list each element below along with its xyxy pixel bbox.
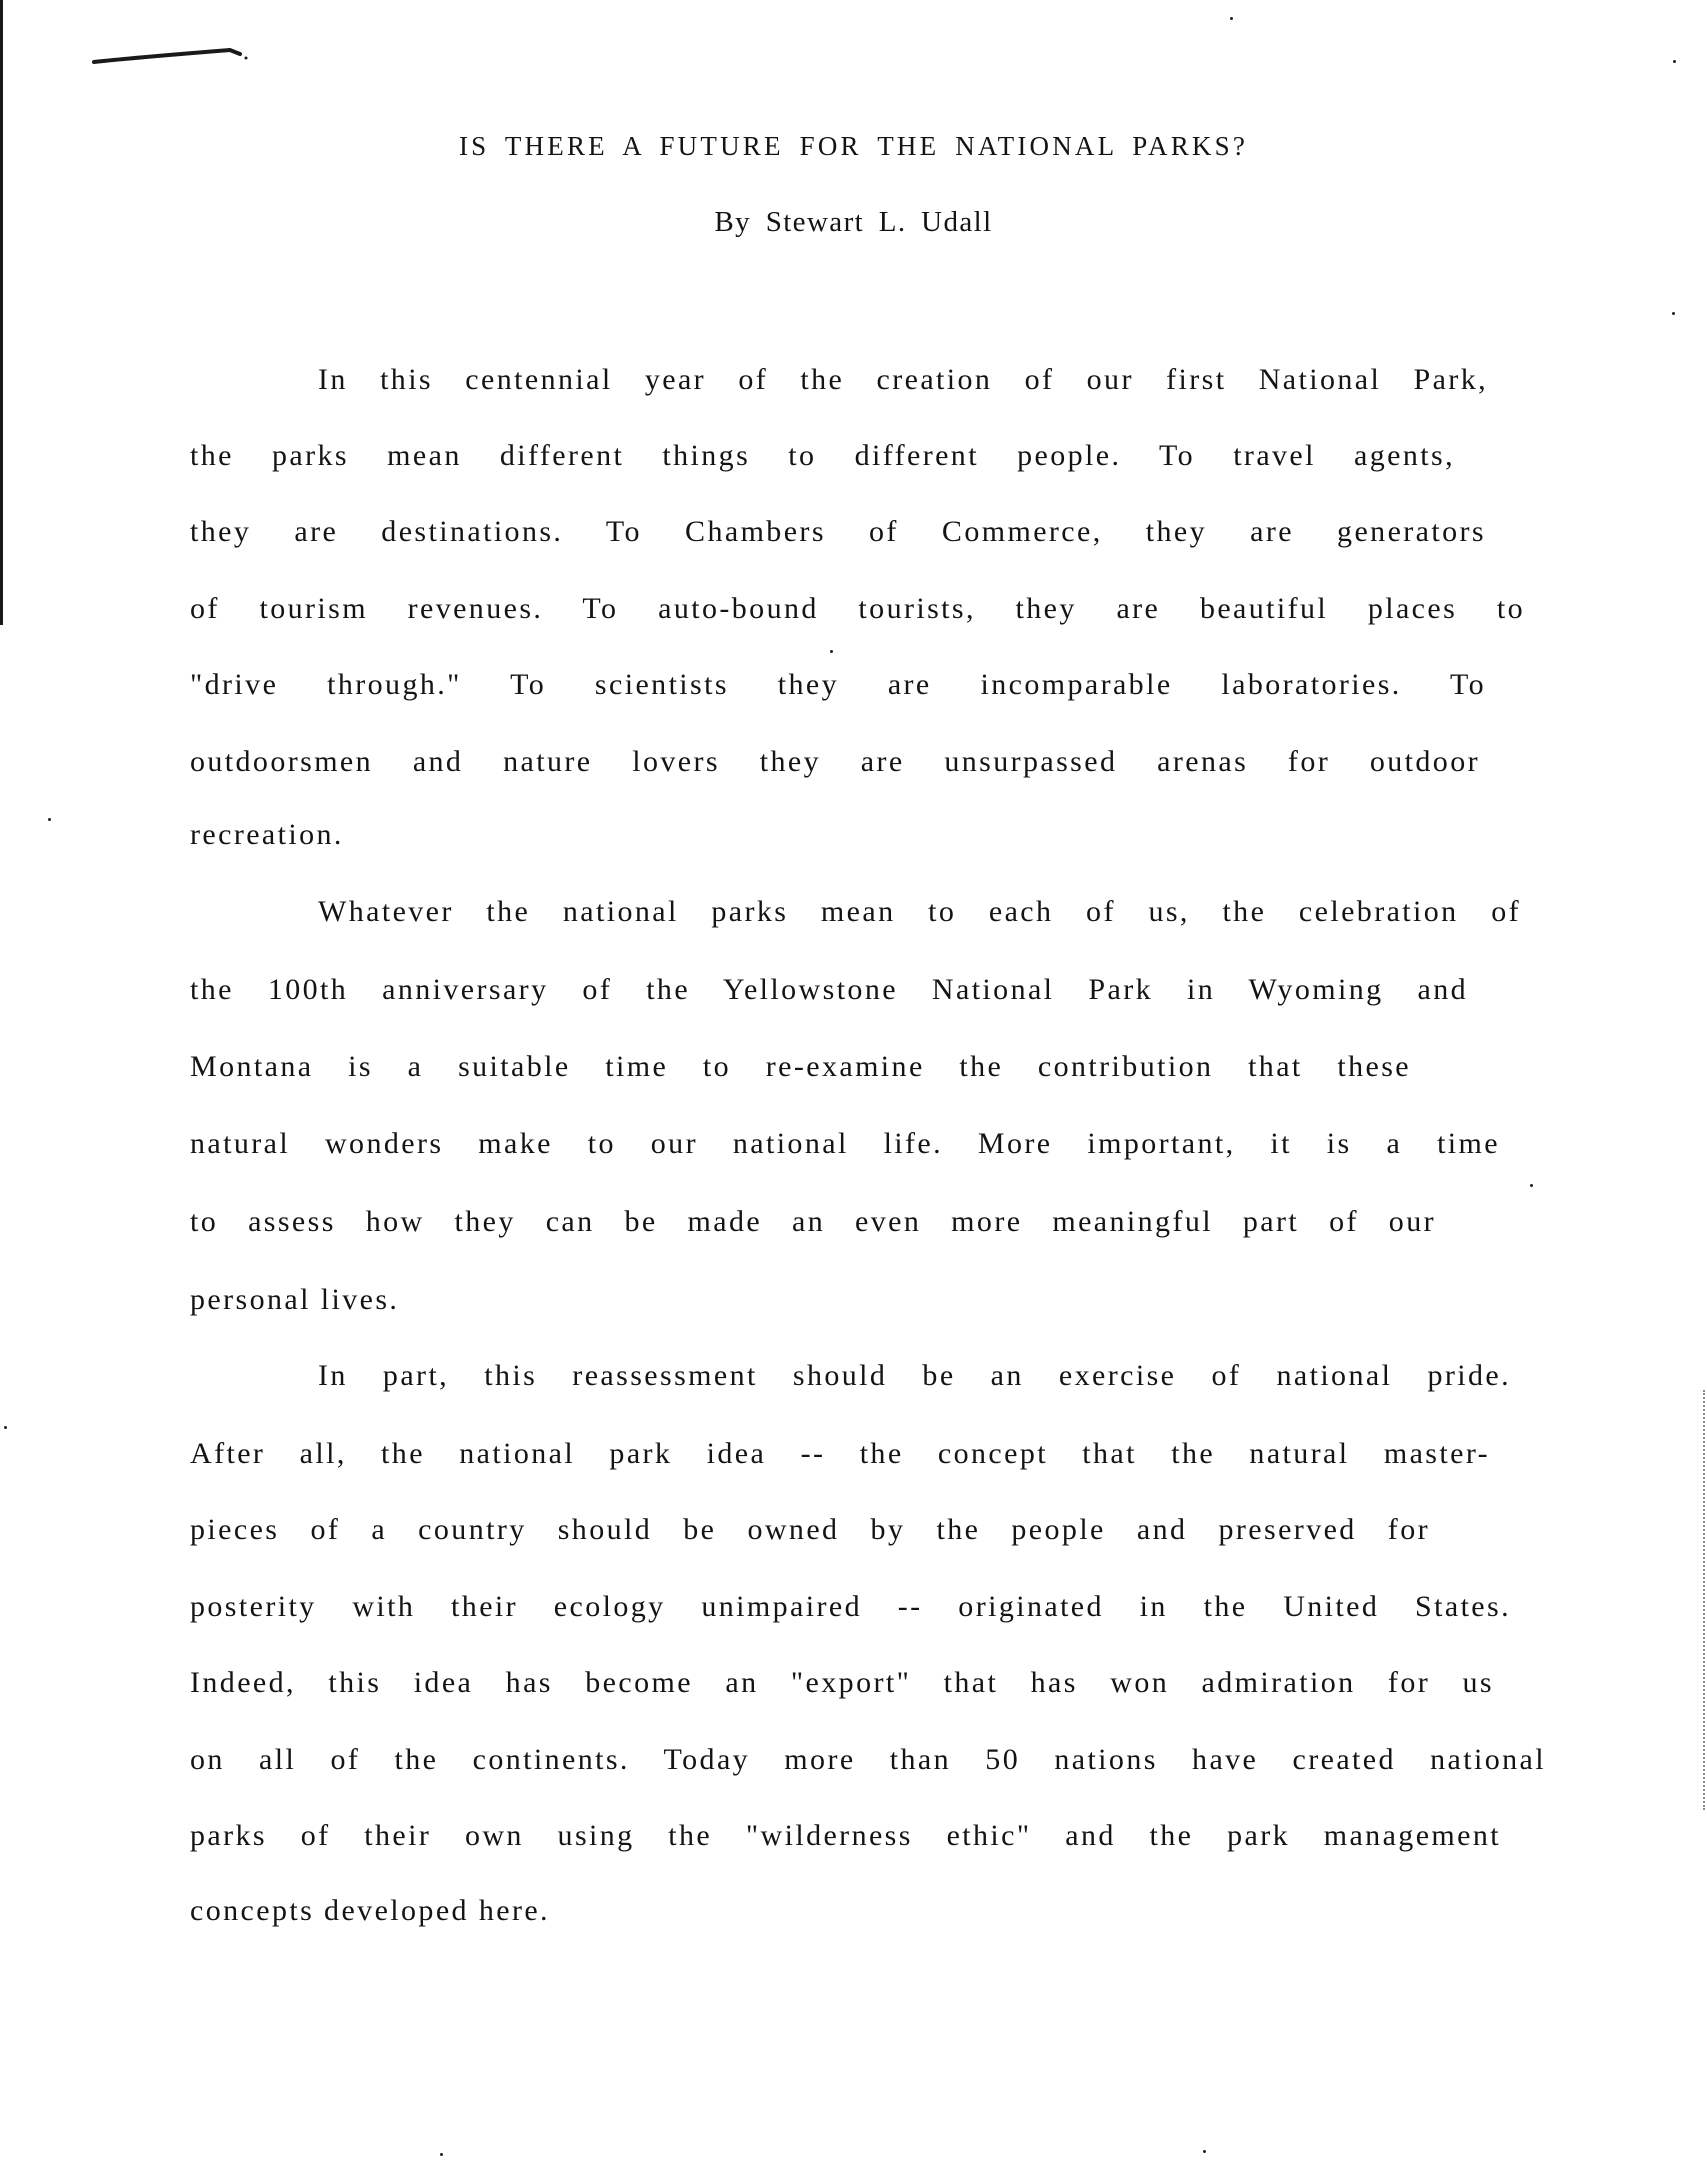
text-line: outdoorsmen and nature lovers they are u… (190, 744, 1480, 780)
scan-speck (4, 1426, 7, 1429)
text-line: posterity with their ecology unimpaired … (190, 1589, 1511, 1625)
scan-speck (1673, 60, 1676, 63)
text-line: the 100th anniversary of the Yellowstone… (190, 972, 1468, 1008)
scan-speck (1230, 17, 1233, 20)
text-line: to assess how they can be made an even m… (190, 1204, 1436, 1240)
text-line: In part, this reassessment should be an … (318, 1358, 1511, 1394)
scan-speck (1530, 1184, 1533, 1187)
scan-speck (440, 2153, 443, 2156)
text-line: on all of the continents. Today more tha… (190, 1742, 1546, 1778)
text-line: natural wonders make to our national lif… (190, 1126, 1500, 1162)
text-line: pieces of a country should be owned by t… (190, 1512, 1430, 1548)
scan-speck (830, 650, 833, 653)
text-line: Montana is a suitable time to re-examine… (190, 1049, 1411, 1085)
text-line: Whatever the national parks mean to each… (318, 894, 1521, 930)
text-line: Indeed, this idea has become an "export"… (190, 1665, 1494, 1701)
text-line: recreation. (190, 817, 344, 853)
text-line: "drive through." To scientists they are … (190, 667, 1486, 703)
scan-speck (48, 818, 51, 821)
text-line: parks of their own using the "wilderness… (190, 1818, 1501, 1854)
text-line: concepts developed here. (190, 1893, 550, 1929)
text-line: personal lives. (190, 1282, 399, 1318)
pen-stroke-mark (90, 44, 250, 68)
document-title: IS THERE A FUTURE FOR THE NATIONAL PARKS… (0, 131, 1707, 162)
text-line: In this centennial year of the creation … (318, 362, 1488, 398)
text-line: the parks mean different things to diffe… (190, 438, 1455, 474)
scan-speck (1203, 2150, 1206, 2153)
page-right-edge-scan-artifact (1703, 1390, 1705, 1810)
text-line: of tourism revenues. To auto-bound touri… (190, 591, 1525, 627)
scan-speck (1672, 312, 1675, 315)
page-left-edge-rule (0, 0, 3, 625)
text-line: After all, the national park idea -- the… (190, 1436, 1490, 1472)
text-line: they are destinations. To Chambers of Co… (190, 514, 1486, 550)
document-byline: By Stewart L. Udall (0, 206, 1707, 239)
